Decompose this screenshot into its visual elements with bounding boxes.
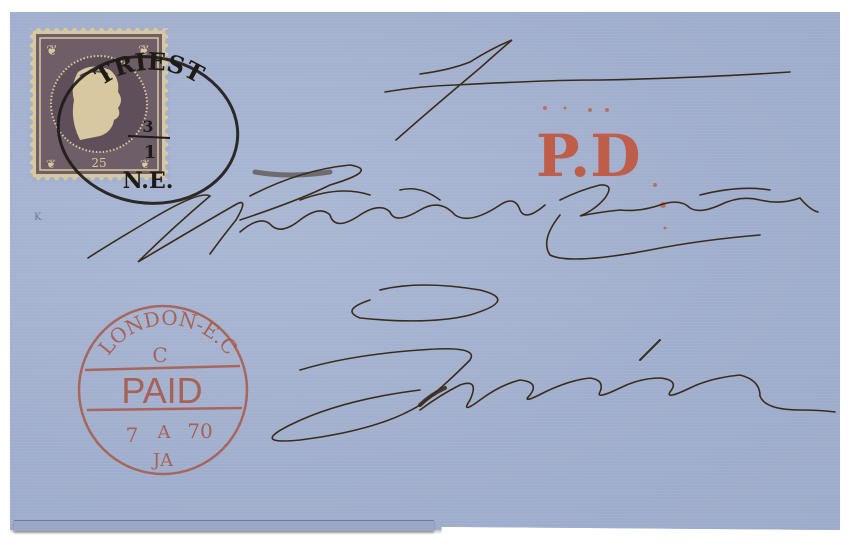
corner-mark: K [34,212,42,223]
postal-cover-scene: 25 ❦ ❦ ❦ ❦ TRIEST 3 1 N.E. P.D [0,0,850,548]
paid-mark-day: 7 [126,423,139,447]
postmark-month: 1 [144,142,157,163]
cover-artwork: 25 ❦ ❦ ❦ ❦ TRIEST 3 1 N.E. P.D [0,0,850,548]
postmark-day: 3 [142,117,153,136]
paid-mark-letter2: A [157,422,172,443]
paid-mark-office: LONDON-E.C [93,306,242,360]
paid-mark-letter: C [152,343,167,367]
postmark-time: N.E. [123,168,174,194]
paid-mark-month: JA [151,450,174,471]
svg-text:❦: ❦ [46,43,58,59]
paid-mark-center: PAID [121,370,202,411]
paid-mark-year: 70 [187,419,212,443]
stamp-denomination: 25 [91,156,106,170]
pd-handstamp: P.D [536,122,641,190]
svg-text:❦: ❦ [46,157,56,171]
